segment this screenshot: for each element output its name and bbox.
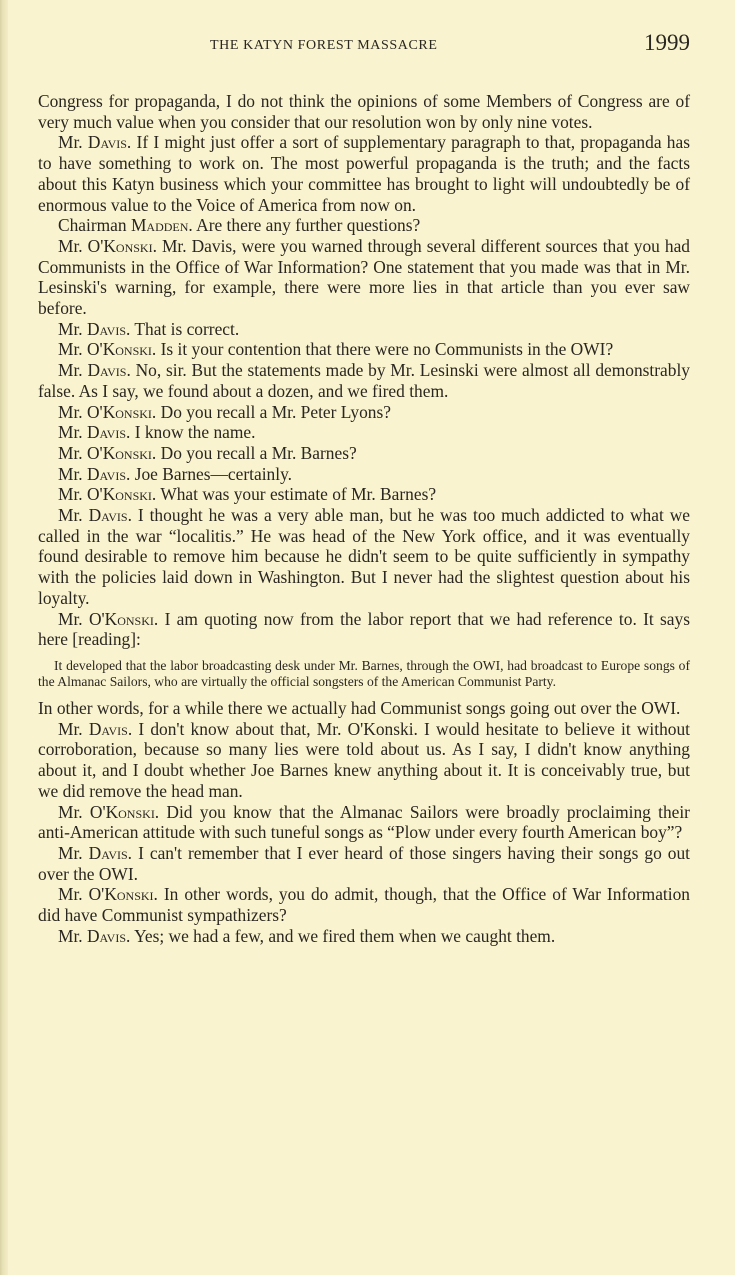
block-quote: It developed that the labor broadcasting… bbox=[38, 658, 690, 690]
testimony-after-quote: In other words, for a while there we act… bbox=[38, 698, 690, 946]
paragraph-text: That is correct. bbox=[130, 319, 239, 339]
paragraph-text: Joe Barnes—certainly. bbox=[130, 464, 292, 484]
running-head: THE KATYN FOREST MASSACRE 1999 bbox=[38, 30, 690, 58]
speaker-name: Mr. Davis. bbox=[58, 843, 132, 863]
testimony-paragraph: Mr. O'Konski. Is it your contention that… bbox=[38, 339, 690, 360]
testimony-paragraph: Mr. O'Konski. Do you recall a Mr. Barnes… bbox=[38, 443, 690, 464]
paragraph-text: What was your estimate of Mr. Barnes? bbox=[156, 484, 436, 504]
testimony-paragraph: Mr. O'Konski. Mr. Davis, were you warned… bbox=[38, 236, 690, 319]
speaker-name: Mr. Davis. bbox=[58, 464, 130, 484]
paragraph-text: Is it your contention that there were no… bbox=[156, 339, 613, 359]
paragraph-text: Congress for propaganda, I do not think … bbox=[38, 91, 690, 132]
testimony-paragraph: Mr. O'Konski. What was your estimate of … bbox=[38, 484, 690, 505]
testimony-paragraph: Mr. Davis. No, sir. But the statements m… bbox=[38, 360, 690, 401]
testimony-paragraph: Mr. O'Konski. Do you recall a Mr. Peter … bbox=[38, 402, 690, 423]
speaker-name: Mr. Davis. bbox=[58, 132, 131, 152]
speaker-name: Mr. O'Konski. bbox=[58, 402, 156, 422]
speaker-name: Chairman Madden. bbox=[58, 215, 193, 235]
testimony-paragraph: Mr. Davis. I thought he was a very able … bbox=[38, 505, 690, 609]
testimony-paragraph: Congress for propaganda, I do not think … bbox=[38, 91, 690, 132]
testimony-paragraph: Mr. O'Konski. I am quoting now from the … bbox=[38, 609, 690, 650]
paragraph-text: I can't remember that I ever heard of th… bbox=[38, 843, 690, 884]
body-text: Congress for propaganda, I do not think … bbox=[38, 91, 690, 946]
speaker-name: Mr. O'Konski. bbox=[58, 236, 157, 256]
page-number: 1999 bbox=[644, 30, 690, 56]
page-binding-gutter bbox=[0, 0, 8, 1275]
speaker-name: Mr. O'Konski. bbox=[58, 609, 158, 629]
speaker-name: Mr. Davis. bbox=[58, 360, 131, 380]
speaker-name: Mr. O'Konski. bbox=[58, 884, 158, 904]
speaker-name: Mr. O'Konski. bbox=[58, 443, 156, 463]
speaker-name: Mr. Davis. bbox=[58, 719, 132, 739]
paragraph-text: Are there any further questions? bbox=[193, 215, 420, 235]
speaker-name: Mr. O'Konski. bbox=[58, 802, 159, 822]
testimony-paragraph: In other words, for a while there we act… bbox=[38, 698, 690, 719]
speaker-name: Mr. Davis. bbox=[58, 422, 130, 442]
testimony-paragraph: Mr. O'Konski. Did you know that the Alma… bbox=[38, 802, 690, 843]
testimony-paragraph: Mr. Davis. That is correct. bbox=[38, 319, 690, 340]
speaker-name: Mr. Davis. bbox=[58, 319, 130, 339]
paragraph-text: In other words, for a while there we act… bbox=[38, 698, 680, 718]
testimony-paragraph: Mr. Davis. I don't know about that, Mr. … bbox=[38, 719, 690, 802]
testimony-paragraph: Mr. Davis. I can't remember that I ever … bbox=[38, 843, 690, 884]
testimony-paragraph: Mr. Davis. Joe Barnes—certainly. bbox=[38, 464, 690, 485]
paragraph-text: Yes; we had a few, and we fired them whe… bbox=[130, 926, 555, 946]
testimony-paragraph: Mr. Davis. Yes; we had a few, and we fir… bbox=[38, 926, 690, 947]
paragraph-text: If I might just offer a sort of suppleme… bbox=[38, 132, 690, 214]
testimony-paragraph: Mr. O'Konski. In other words, you do adm… bbox=[38, 884, 690, 925]
running-head-title: THE KATYN FOREST MASSACRE bbox=[210, 38, 438, 54]
paragraph-text: No, sir. But the statements made by Mr. … bbox=[38, 360, 690, 401]
testimony-before-quote: Congress for propaganda, I do not think … bbox=[38, 91, 690, 650]
testimony-paragraph: Mr. Davis. If I might just offer a sort … bbox=[38, 132, 690, 215]
speaker-name: Mr. Davis. bbox=[58, 926, 130, 946]
speaker-name: Mr. O'Konski. bbox=[58, 484, 156, 504]
speaker-name: Mr. O'Konski. bbox=[58, 339, 156, 359]
paragraph-text: I don't know about that, Mr. O'Konski. I… bbox=[38, 719, 690, 801]
testimony-paragraph: Chairman Madden. Are there any further q… bbox=[38, 215, 690, 236]
speaker-name: Mr. Davis. bbox=[58, 505, 132, 525]
paragraph-text: Do you recall a Mr. Barnes? bbox=[156, 443, 356, 463]
testimony-paragraph: Mr. Davis. I know the name. bbox=[38, 422, 690, 443]
paragraph-text: I know the name. bbox=[130, 422, 255, 442]
paragraph-text: I thought he was a very able man, but he… bbox=[38, 505, 690, 608]
paragraph-text: Do you recall a Mr. Peter Lyons? bbox=[156, 402, 391, 422]
